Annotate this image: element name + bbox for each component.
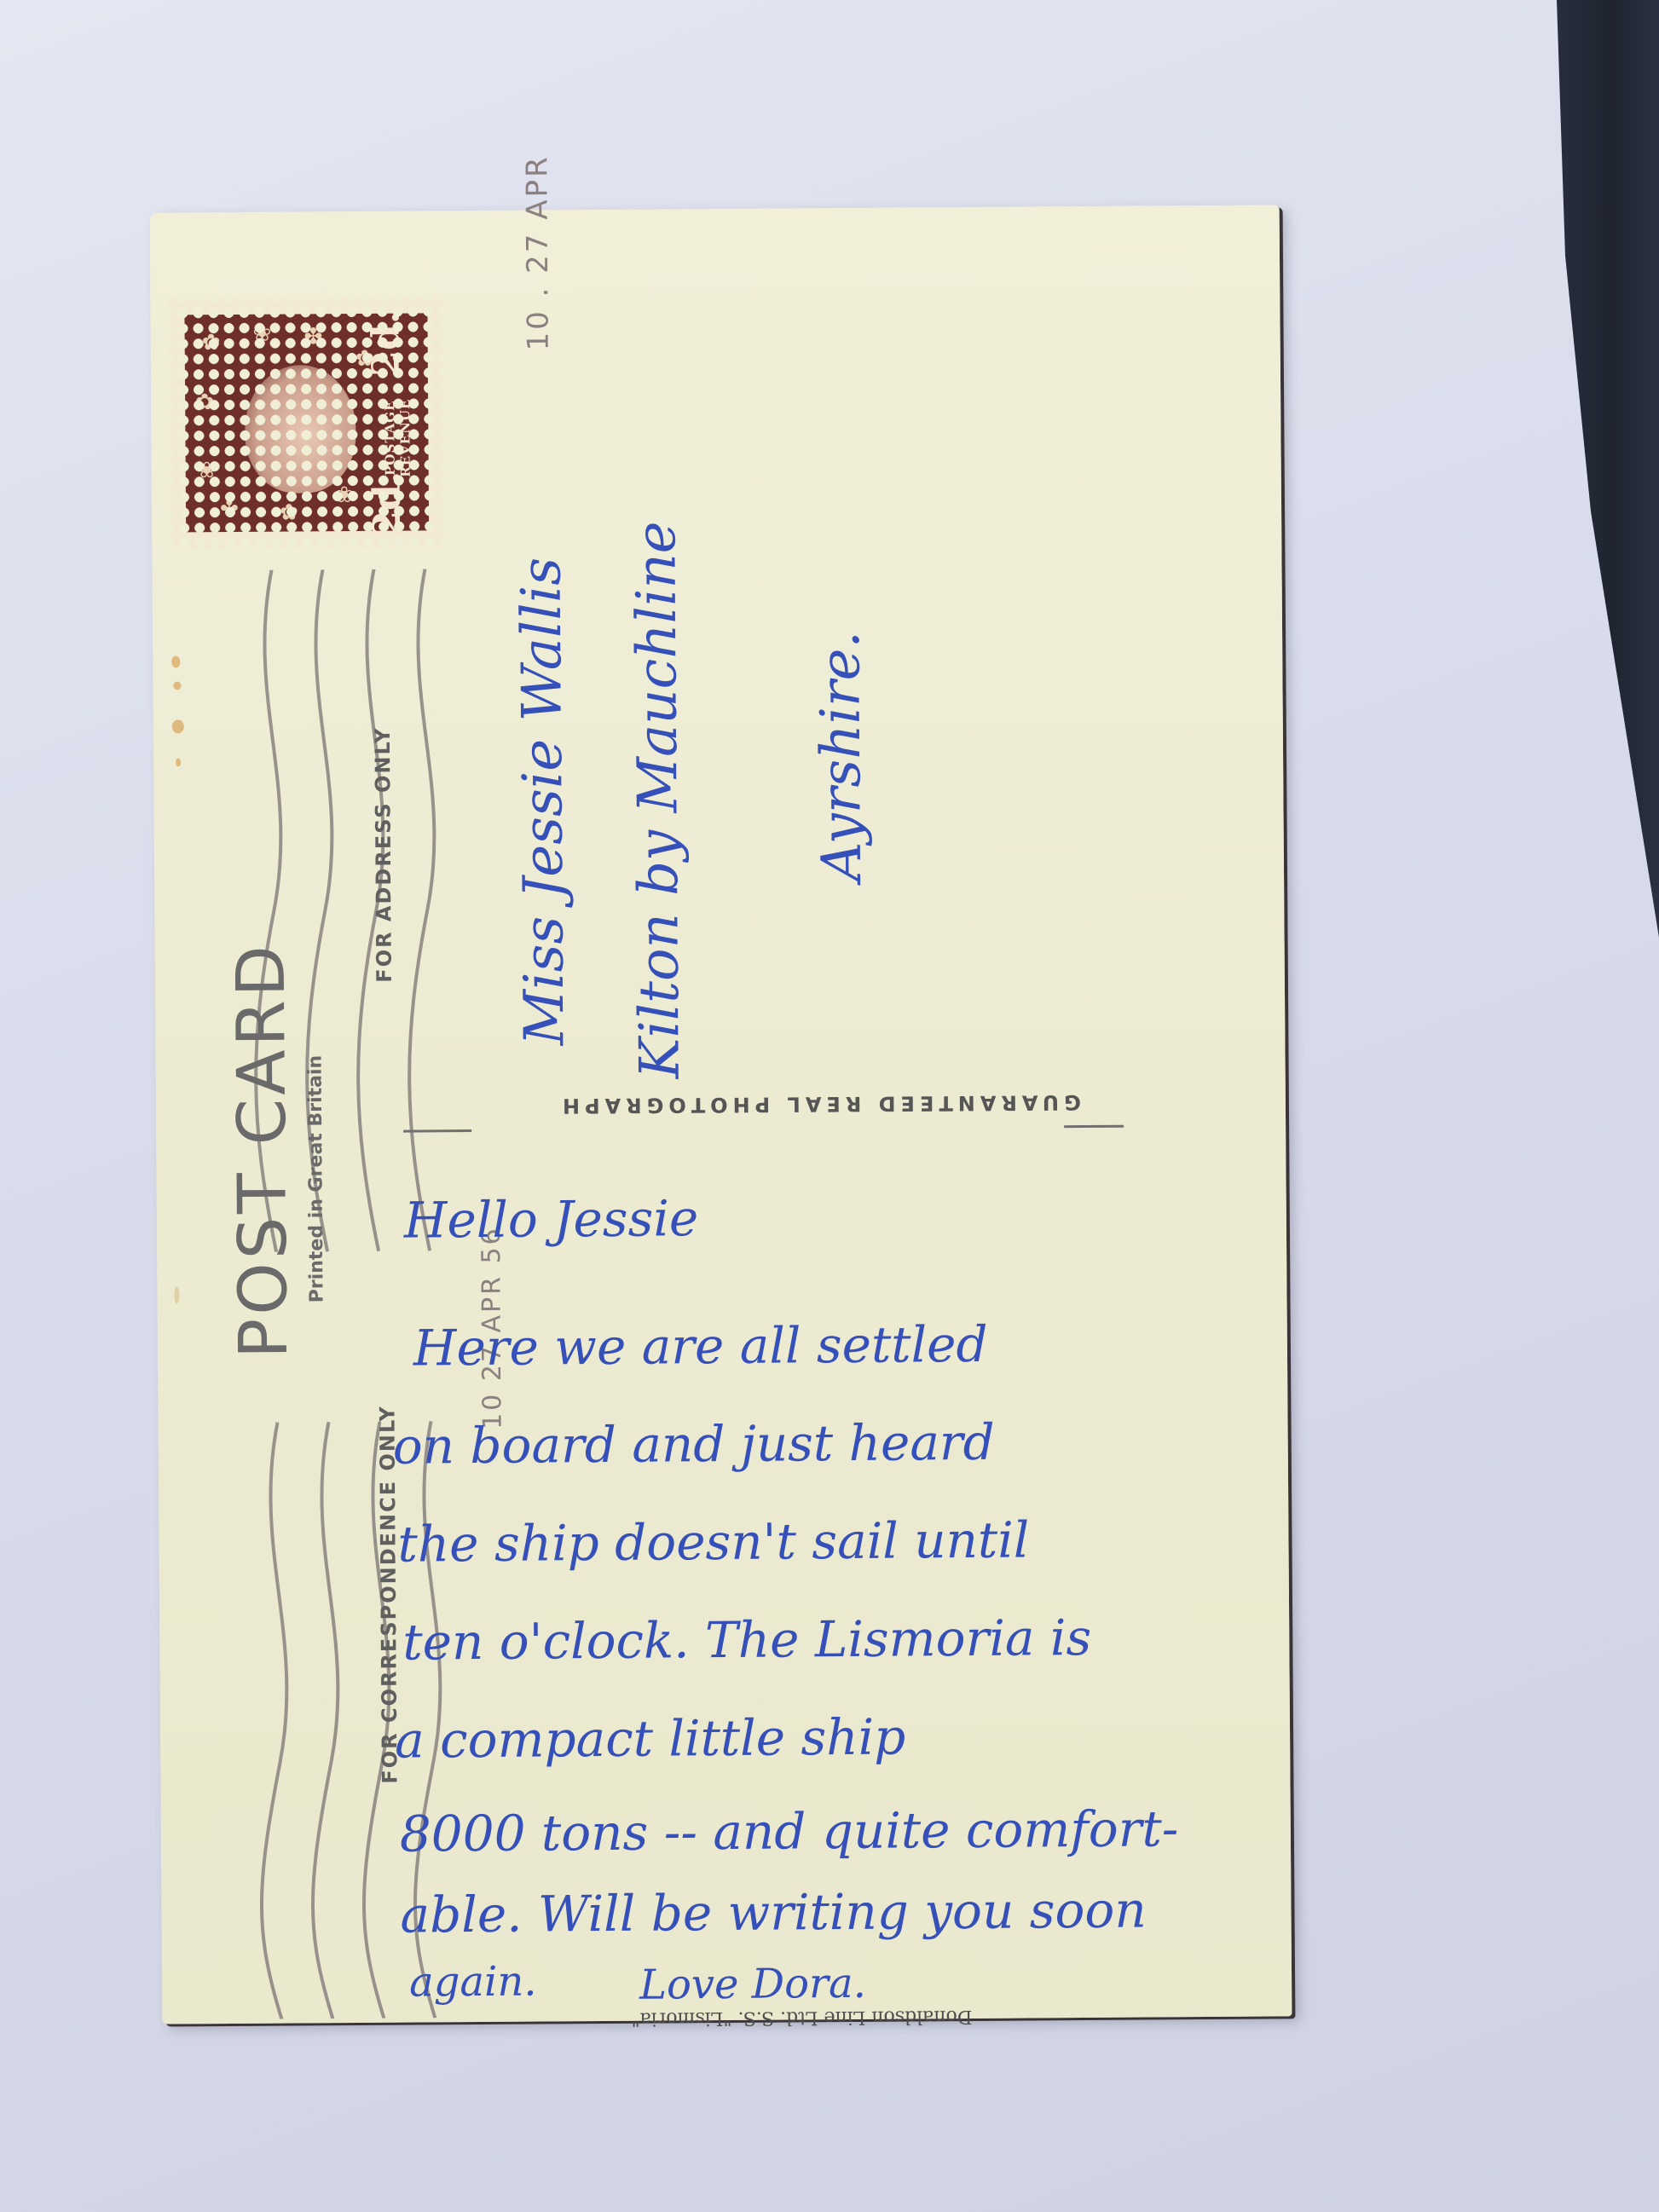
publisher-imprint: Donaldson Line Ltd. S.S. "Lismoria"	[631, 2006, 972, 2030]
address-line-3: Ayrshire.	[809, 631, 874, 881]
message-line: on board and just heard	[392, 1413, 995, 1476]
address-line-1: Miss Jessie Wallis	[510, 557, 576, 1046]
foxing-spot	[172, 719, 184, 733]
thistle-icon: ❀	[253, 323, 272, 345]
rose-icon: ✿	[195, 391, 214, 413]
shamrock-icon: ✤	[304, 326, 323, 348]
foxing-spot	[176, 758, 181, 766]
address-only-label: FOR ADDRESS ONLY	[371, 726, 396, 982]
foxing-spot	[173, 681, 181, 690]
message-line: Here we are all settled	[413, 1315, 988, 1377]
stamp-denomination-bottom: 2d.	[366, 471, 410, 537]
printed-in-label: Printed in Great Britain	[305, 1055, 328, 1303]
post-card-title: POST CARD	[223, 942, 303, 1359]
stamp-label: POSTAGE REVENUE	[382, 398, 422, 477]
postcard: ✿ ❀ ✤ ✿ ❀ ✤ ✿ ❀ ✿ 2d. 2d. POSTAGE REVENU…	[150, 205, 1292, 2024]
thistle-icon: ❀	[335, 484, 354, 506]
postage-stamp: ✿ ❀ ✤ ✿ ❀ ✤ ✿ ❀ ✿ 2d. 2d. POSTAGE REVENU…	[167, 296, 446, 549]
rose-icon: ✿	[280, 501, 298, 523]
message-line: the ship doesn't sail until	[397, 1510, 1029, 1573]
thistle-icon: ❀	[198, 459, 217, 482]
postmark-date-top: 10 . 27 APR	[520, 154, 556, 350]
message-line: 8000 tons -- and quite comfort-	[400, 1799, 1179, 1863]
dark-fabric	[1540, 0, 1659, 938]
queen-portrait-icon	[245, 365, 356, 494]
divider-line-left	[403, 1129, 471, 1133]
guaranteed-photograph-label: GUARANTEED REAL PHOTOGRAPH	[558, 1090, 1081, 1118]
message-line: Hello Jessie	[404, 1189, 699, 1249]
stamp-denomination-top: 2d.	[365, 311, 409, 377]
foxing-spot	[171, 656, 180, 667]
address-line-2: Kilton by Mauchline	[625, 521, 692, 1079]
message-line: again.	[409, 1958, 537, 2007]
message-line: able. Will be writing you soon	[400, 1881, 1147, 1944]
message-line: a compact little ship	[395, 1708, 906, 1770]
stamp-design: ✿ ❀ ✤ ✿ ❀ ✤ ✿ ❀ ✿ 2d. 2d. POSTAGE REVENU…	[184, 313, 429, 532]
shamrock-icon: ✤	[220, 498, 239, 520]
message-line: ten o'clock. The Lismoria is	[402, 1608, 1091, 1672]
message-signature: Love Dora.	[639, 1960, 866, 2009]
foxing-spot	[174, 1286, 179, 1303]
divider-line-right	[1064, 1125, 1124, 1128]
rose-icon: ✿	[202, 332, 221, 354]
